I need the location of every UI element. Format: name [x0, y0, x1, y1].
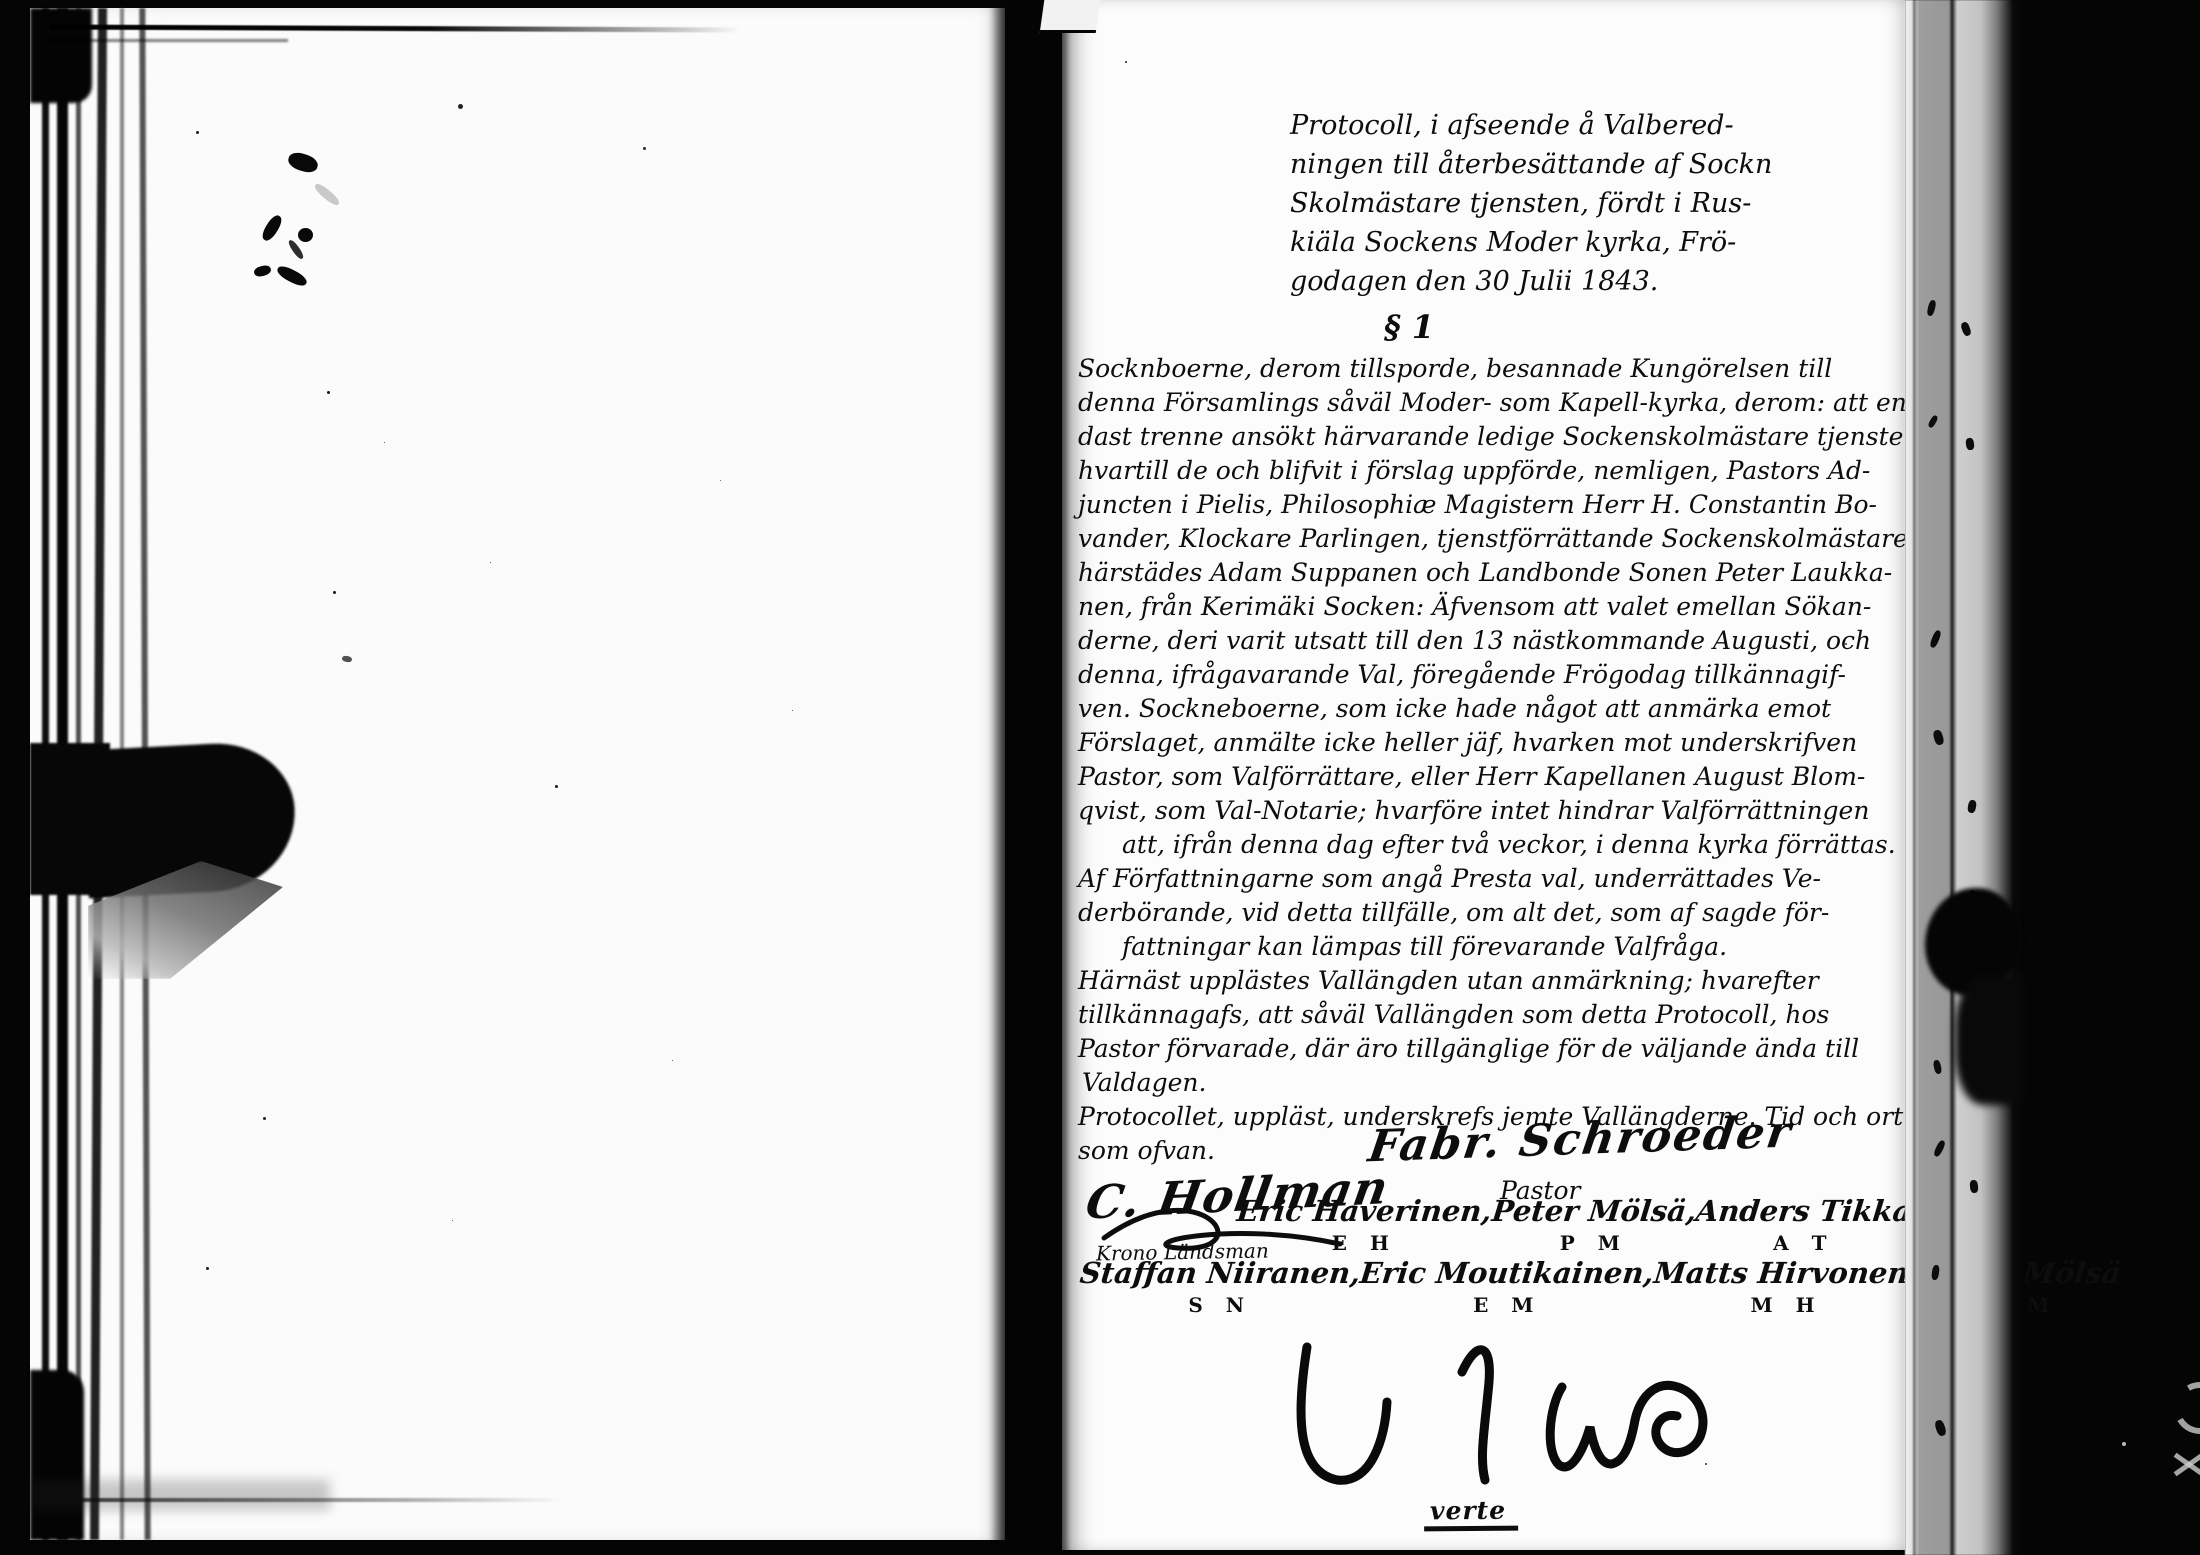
ink-smudge: [253, 264, 272, 278]
witness-signature: Staffan Niiranen, S N: [1080, 1256, 1360, 1317]
manuscript-line: Valdagen.: [1078, 1066, 1893, 1100]
manuscript-line: tillkännagafs, att såväl Vallängden som …: [1078, 998, 1893, 1032]
section-mark: § 1: [1384, 308, 1434, 346]
witness-signature-row: Eric Haverinen, E H Peter Mölsä, P M And…: [1237, 1194, 1873, 1255]
witness-signature: Eric Haverinen, E H: [1237, 1194, 1492, 1255]
ink-smudge: [298, 228, 313, 242]
protocol-body-text: Socknboerne, derom tillsporde, besannade…: [1078, 352, 1893, 1168]
witness-signature: Eric Moutikainen, E M: [1360, 1256, 1654, 1317]
witness-name: Staffan Niiranen,: [1078, 1256, 1362, 1290]
manuscript-line: Förslaget, anmälte icke heller jäf, hvar…: [1078, 726, 1893, 760]
manuscript-line: derbörande, vid detta tillfälle, om alt …: [1078, 896, 1893, 930]
manuscript-line: dast trenne ansökt härvarande ledige Soc…: [1078, 420, 1893, 454]
left-blank-page: [30, 8, 1005, 1540]
witness-signature-row: Staffan Niiranen, S N Eric Moutikainen, …: [1080, 1256, 1628, 1317]
page-corner-shadow: [30, 8, 92, 103]
manuscript-line: qvist, som Val-Notarie; hvarföre intet h…: [1078, 794, 1893, 828]
ink-smudge: [342, 655, 353, 663]
witness-initials: M H: [1654, 1293, 1919, 1317]
manuscript-line: juncten i Pielis, Philosophiæ Magistern …: [1078, 488, 1893, 522]
edge-scribble: [1969, 1180, 1978, 1194]
manuscript-line: Af Författningarne som angå Presta val, …: [1078, 862, 1893, 896]
witness-initials: S N: [1080, 1293, 1360, 1317]
witness-name: Anders Tikka: [1694, 1194, 1913, 1228]
witness-initials: E M: [1360, 1293, 1654, 1317]
heading-line: ningen till återbesättande af Sockn: [1290, 145, 1890, 184]
manuscript-line: ven. Sockneboerne, som icke hade något a…: [1078, 692, 1893, 726]
witness-name: Eric Haverinen,: [1235, 1194, 1493, 1228]
manuscript-line: fattningar kan lämpas till förevarande V…: [1078, 930, 1893, 964]
witness-initials: P M: [1492, 1231, 1696, 1255]
paper-tab: [1040, 0, 1101, 33]
manuscript-line: denna, ifrågavarande Val, föregående Frö…: [1078, 658, 1893, 692]
manuscript-line: Pastor, som Valförrättare, eller Herr Ka…: [1078, 760, 1893, 794]
book-gutter-shadow: [990, 0, 1068, 1555]
film-edge-mark: [2168, 1376, 2200, 1440]
witness-name: Eric Moutikainen,: [1359, 1256, 1656, 1290]
ink-smudge: [259, 213, 284, 243]
page-edge-smear: [30, 1480, 330, 1510]
page-corner-shadow: [30, 1370, 84, 1540]
page-edge-line: [48, 39, 288, 42]
film-edge-mark: [2122, 1442, 2126, 1446]
manuscript-line: Socknboerne, derom tillsporde, besannade…: [1078, 352, 1893, 386]
ink-smudge: [313, 181, 342, 207]
microfilm-scan-frame: { "right_page": { "heading": { "lines": …: [0, 0, 2200, 1555]
finger-shadow-tail: [1955, 975, 2025, 1105]
manuscript-line: att, ifrån denna dag efter två veckor, i…: [1078, 828, 1893, 862]
protocol-heading: Protocoll, i afseende å Valbered-ningen …: [1290, 106, 1890, 301]
ink-smudge: [275, 263, 309, 289]
verte-note: verte: [1424, 1496, 1518, 1532]
finger-shadow: [30, 743, 110, 895]
manuscript-line: hvartill de och blifvit i förslag uppför…: [1078, 454, 1893, 488]
witness-initials: A T: [1696, 1231, 1912, 1255]
ink-smudge: [286, 150, 320, 175]
witness-signature: Peter Mölsä, P M: [1492, 1194, 1696, 1255]
witness-signature: Matts Hirvonen, M H: [1654, 1256, 1919, 1317]
manuscript-line: Pastor förvarade, där äro tillgänglige f…: [1078, 1032, 1893, 1066]
manuscript-line: härstädes Adam Suppanen och Landbonde So…: [1078, 556, 1893, 590]
next-page-edge: [1905, 0, 2025, 1555]
manuscript-line: derne, deri varit utsatt till den 13 näs…: [1078, 624, 1893, 658]
manuscript-line: nen, från Kerimäki Socken: Äfvensom att …: [1078, 590, 1893, 624]
page-edge-line: [50, 24, 740, 32]
heading-line: Skolmästare tjensten, fördt i Rus-: [1290, 184, 1890, 223]
manuscript-line: Härnäst upplästes Vallängden utan anmärk…: [1078, 964, 1893, 998]
heading-line: kiäla Sockens Moder kyrka, Frö-: [1290, 223, 1890, 262]
heading-line: godagen den 30 Julii 1843.: [1290, 262, 1890, 301]
manuscript-page: Protocoll, i afseende å Valbered-ningen …: [1062, 0, 1905, 1550]
witness-initials: E H: [1237, 1231, 1492, 1255]
manuscript-line: vander, Klockare Parlingen, tjenstförrät…: [1078, 522, 1893, 556]
witness-name: Peter Mölsä,: [1490, 1194, 1698, 1228]
witness-signature: Anders Tikka A T: [1696, 1194, 1912, 1255]
witness-name: Matts Hirvonen,: [1652, 1256, 1920, 1290]
ink-smudge: [287, 238, 305, 260]
paper-specks: [30, 8, 35, 13]
manuscript-line: denna Församlings såväl Moder- som Kapel…: [1078, 386, 1893, 420]
flourish-doodle: [1277, 1332, 1747, 1502]
heading-line: Protocoll, i afseende å Valbered-: [1290, 106, 1890, 145]
